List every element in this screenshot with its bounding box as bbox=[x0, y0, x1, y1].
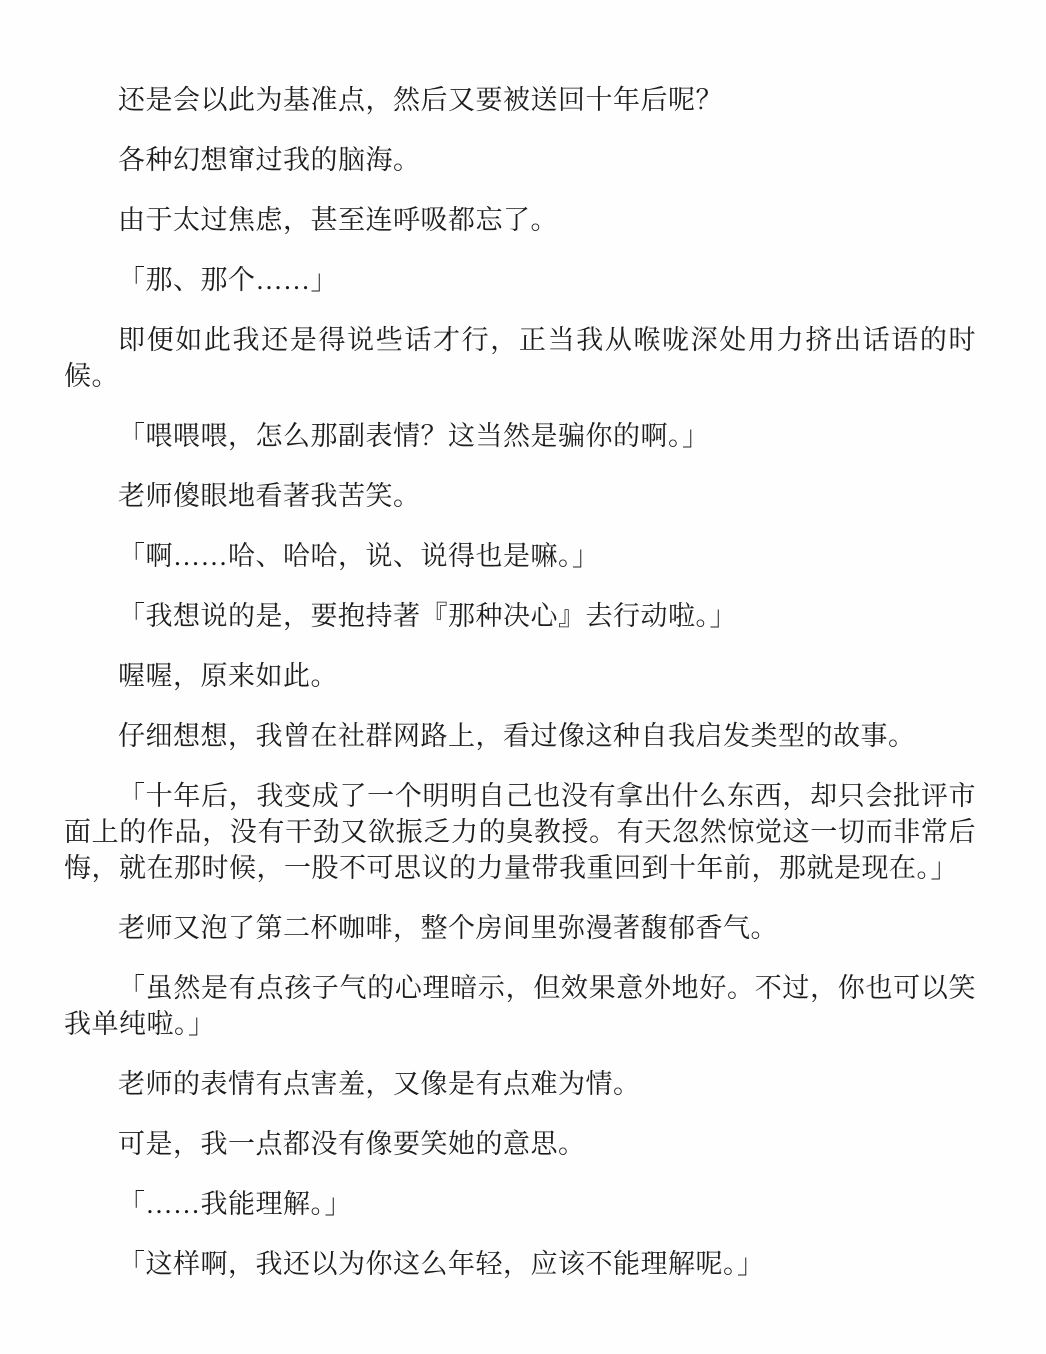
novel-page: 还是会以此为基准点，然后又要被送回十年后呢？ 各种幻想窜过我的脑海。 由于太过焦… bbox=[0, 0, 1046, 1354]
paragraph: 仔细想想，我曾在社群网路上，看过像这种自我启发类型的故事。 bbox=[64, 718, 976, 754]
paragraph: 由于太过焦虑，甚至连呼吸都忘了。 bbox=[64, 202, 976, 238]
paragraph: 老师傻眼地看著我苦笑。 bbox=[64, 478, 976, 514]
novel-text-block: 还是会以此为基准点，然后又要被送回十年后呢？ 各种幻想窜过我的脑海。 由于太过焦… bbox=[0, 0, 1046, 1346]
paragraph: 各种幻想窜过我的脑海。 bbox=[64, 142, 976, 178]
paragraph: 「十年后，我变成了一个明明自己也没有拿出什么东西，却只会批评市面上的作品，没有干… bbox=[64, 778, 976, 886]
paragraph: 老师又泡了第二杯咖啡，整个房间里弥漫著馥郁香气。 bbox=[64, 910, 976, 946]
paragraph: 可是，我一点都没有像要笑她的意思。 bbox=[64, 1126, 976, 1162]
paragraph: 老师的表情有点害羞，又像是有点难为情。 bbox=[64, 1066, 976, 1102]
paragraph: 喔喔，原来如此。 bbox=[64, 658, 976, 694]
paragraph: 还是会以此为基准点，然后又要被送回十年后呢？ bbox=[64, 82, 976, 118]
paragraph: 「啊……哈、哈哈，说、说得也是嘛。」 bbox=[64, 538, 976, 574]
paragraph: 即便如此我还是得说些话才行，正当我从喉咙深处用力挤出话语的时候。 bbox=[64, 322, 976, 394]
paragraph: 「这样啊，我还以为你这么年轻，应该不能理解呢。」 bbox=[64, 1246, 976, 1282]
paragraph: 「那、那个……」 bbox=[64, 262, 976, 298]
paragraph: 「虽然是有点孩子气的心理暗示，但效果意外地好。不过，你也可以笑我单纯啦。」 bbox=[64, 970, 976, 1042]
paragraph: 「……我能理解。」 bbox=[64, 1186, 976, 1222]
paragraph: 「我想说的是，要抱持著『那种决心』去行动啦。」 bbox=[64, 598, 976, 634]
paragraph: 「喂喂喂，怎么那副表情？这当然是骗你的啊。」 bbox=[64, 418, 976, 454]
